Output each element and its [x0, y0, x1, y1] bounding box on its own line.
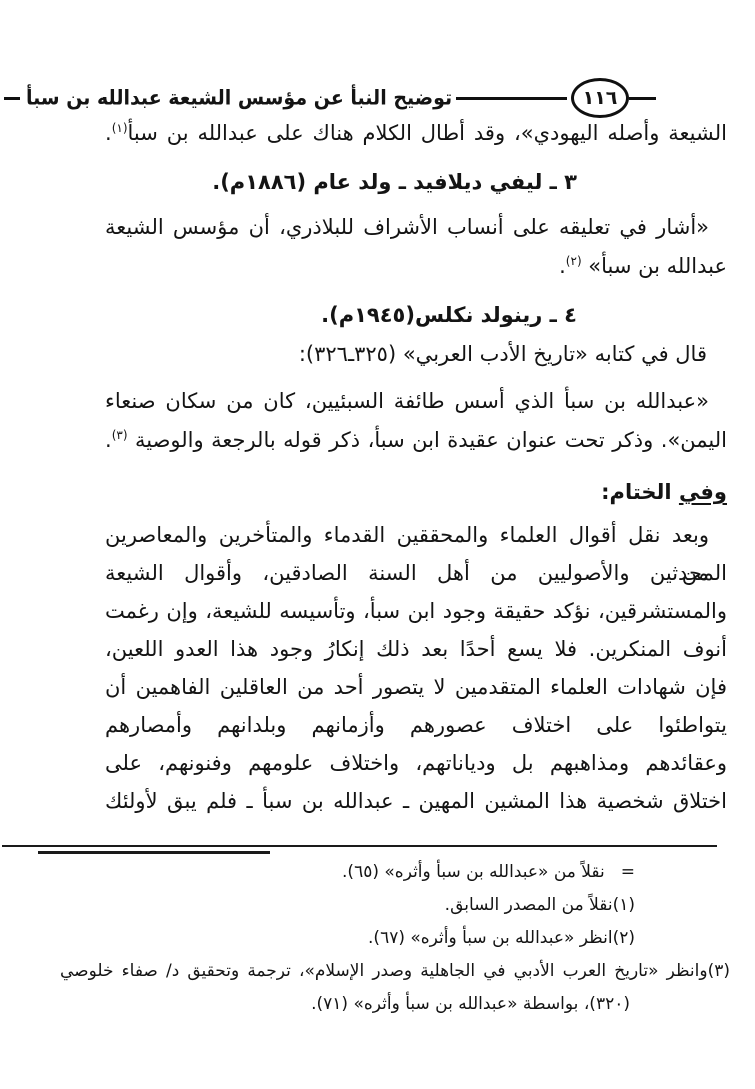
body-line: اختلاق شخصية هذا المشين المهين ـ عبدالله…	[105, 782, 727, 820]
body-line: وعقائدهم ومذاهبهم بل ودياناتهم، واختلاف …	[105, 744, 727, 782]
page-number: ١١٦	[583, 87, 618, 109]
footnote-line: (٣٢٠)، بواسطة «عبدالله بن سبأ وأثره» (٧١…	[60, 988, 755, 1021]
footnote-reference: (٢)	[566, 254, 582, 268]
footnote-line: (٣)وانظر «تاريخ العرب الأدبي في الجاهلية…	[60, 955, 755, 988]
page-number-badge: ١١٦	[571, 78, 629, 118]
book-title: توضيح النبأ عن مؤسس الشيعة عبدالله بن سب…	[26, 88, 452, 109]
list-item-3: ٣ ـ ليفي ديلافيد ـ ولد عام (١٨٨٦م).	[105, 163, 727, 202]
footnotes-block: =نقلاً من «عبدالله بن سبأ وأثره» (٦٥).(١…	[60, 856, 755, 1021]
closing-heading: وفي الختام:	[105, 473, 727, 512]
body-line: يتواطئوا على اختلاف عصورهم وأزمانهم وبلد…	[105, 706, 727, 744]
footnote-line: (٢)انظر «عبدالله بن سبأ وأثره» (٦٧).	[60, 922, 755, 955]
footnote-separator-line-short	[38, 851, 270, 854]
footnote-line: (١)نقلاً من المصدر السابق.	[60, 889, 755, 922]
body-line: وبعد نقل أقوال العلماء والمحققين القدماء…	[105, 516, 727, 554]
body-text: الشيعة وأصله اليهودي»، وقد أطال الكلام ه…	[105, 114, 727, 820]
footnote-reference: (١)	[112, 121, 128, 135]
body-line: «عبدالله بن سبأ الذي أسس طائفة السبئيين،…	[105, 382, 727, 421]
body-line: قال في كتابه «تاريخ الأدب العربي» (٣٢٥ـ٣…	[105, 335, 727, 374]
body-line: الشيعة وأصله اليهودي»، وقد أطال الكلام ه…	[105, 114, 727, 153]
body-line: أنوف المنكرين. فلا يسع أحدًا بعد ذلك إنك…	[105, 630, 727, 668]
footnote-line: =نقلاً من «عبدالله بن سبأ وأثره» (٦٥).	[60, 856, 755, 889]
body-line: المحدثين والأصوليين من أهل السنة الصادقي…	[105, 554, 727, 592]
footnote-reference: (٣)	[112, 428, 128, 442]
footnote-continuation-marker: =	[621, 862, 635, 882]
body-line: والمستشرقين، نؤكد حقيقة وجود ابن سبأ، وت…	[105, 592, 727, 630]
list-item-4: ٤ ـ رينولد نكلس(١٩٤٥م).	[105, 296, 727, 335]
book-page-scan: توضيح النبأ عن مؤسس الشيعة عبدالله بن سب…	[0, 0, 755, 1089]
header-rule	[456, 97, 567, 100]
body-line: فإن شهادات العلماء المتقدمين لا يتصور أح…	[105, 668, 727, 706]
body-line: «أشار في تعليقه على أنساب الأشراف للبلاذ…	[105, 208, 727, 247]
header-rule-right-tick	[629, 97, 656, 100]
header-rule-left-tick	[4, 97, 20, 100]
footnote-separator-line	[2, 845, 717, 847]
body-line: عبدالله بن سبأ» (٢).	[105, 247, 727, 286]
body-line: اليمن». وذكر تحت عنوان عقيدة ابن سبأ، ذك…	[105, 421, 727, 460]
